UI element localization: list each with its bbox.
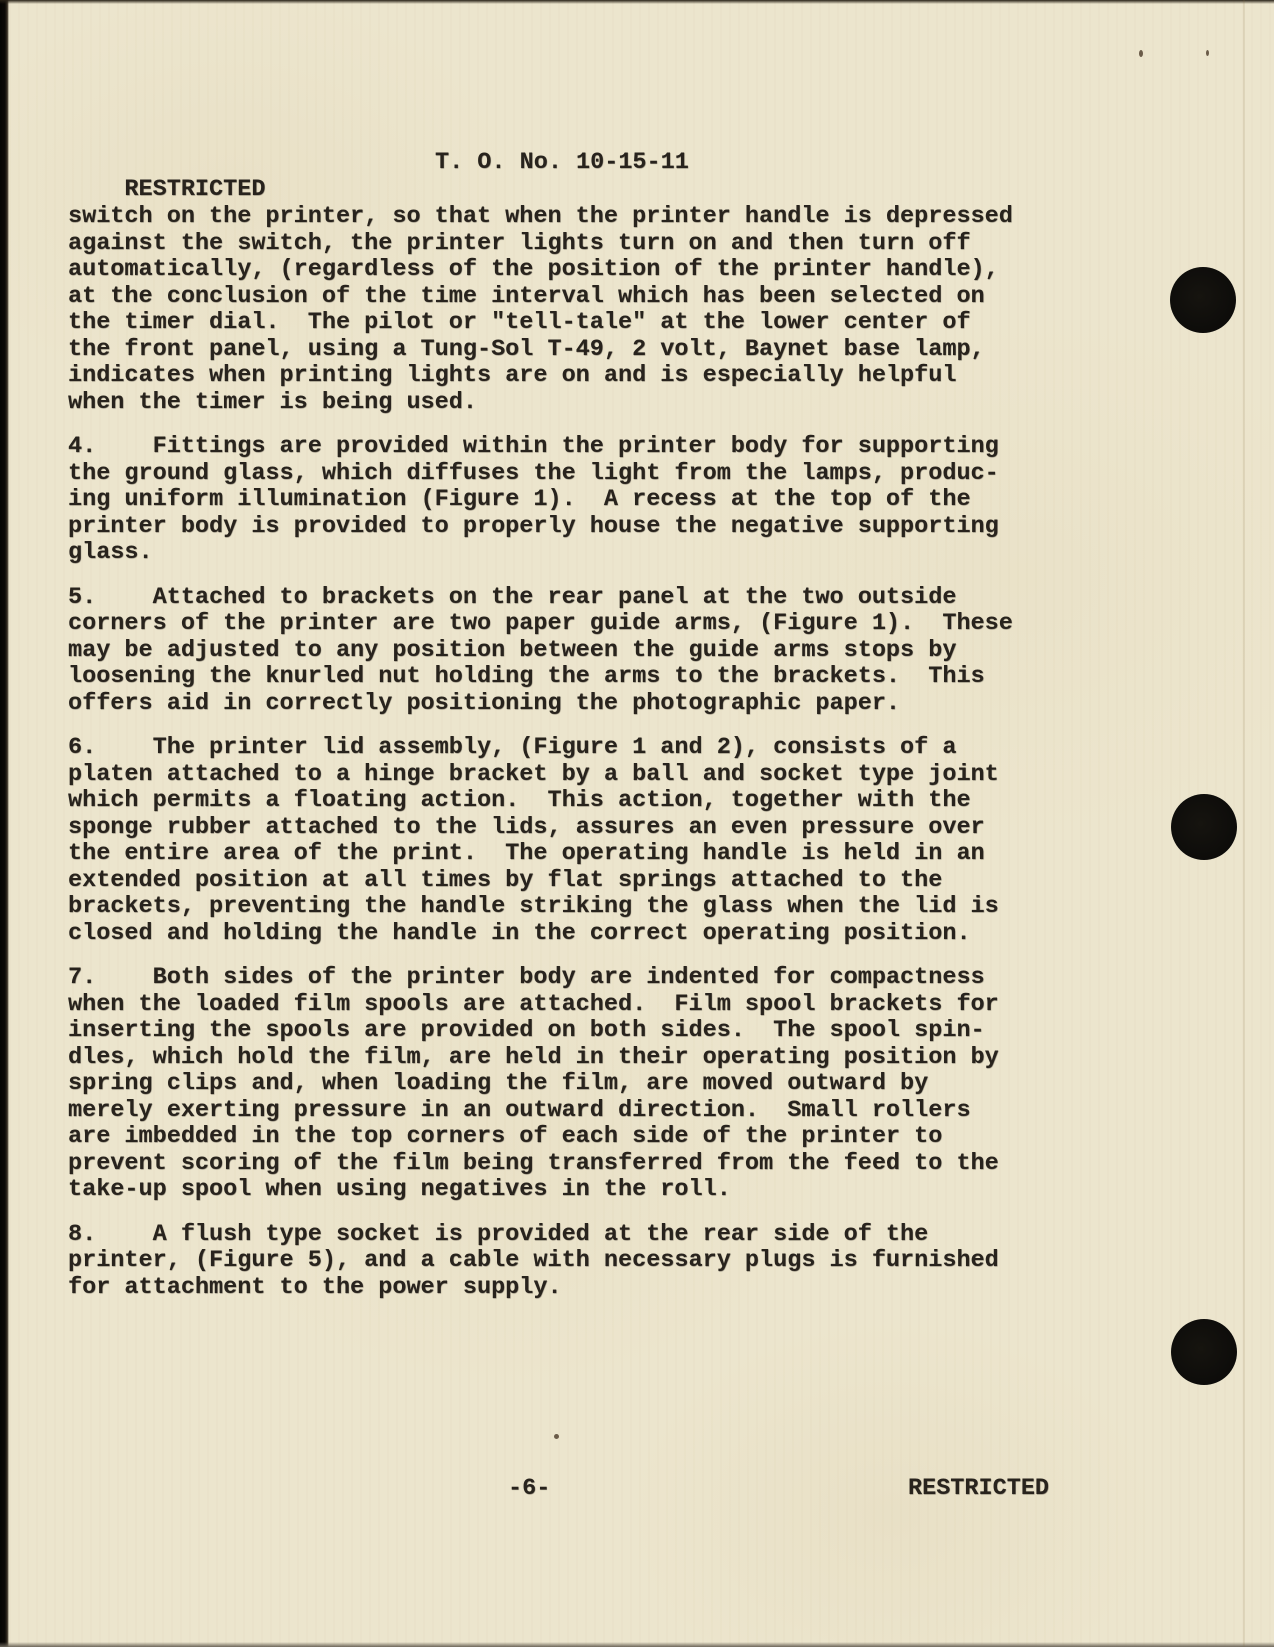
paper-crease [1243, 0, 1245, 1647]
scan-speck [1139, 50, 1143, 57]
footer-classification: RESTRICTED [908, 1476, 1049, 1503]
scanned-document-page: RESTRICTED T. O. No. 10-15-11 switch on … [0, 0, 1274, 1647]
footer-page-number: -6- [508, 1476, 550, 1503]
binding-edge-left [0, 0, 9, 1647]
document-body: switch on the printer, so that when the … [68, 204, 1113, 1319]
header-technical-order-number: T. O. No. 10-15-11 [435, 150, 689, 177]
scan-speck [1206, 50, 1209, 56]
header-classification: RESTRICTED [124, 176, 265, 203]
punch-hole-mark [1170, 267, 1236, 333]
paragraph-7: 7. Both sides of the printer body are in… [68, 965, 1113, 1204]
paragraph-intro: switch on the printer, so that when the … [68, 204, 1113, 416]
paragraph-4: 4. Fittings are provided within the prin… [68, 434, 1113, 567]
scan-edge-top [0, 0, 1274, 4]
scan-edge-bottom [0, 1642, 1274, 1647]
punch-hole-mark [1171, 1319, 1237, 1385]
paragraph-8: 8. A flush type socket is provided at th… [68, 1222, 1113, 1302]
paragraph-5: 5. Attached to brackets on the rear pane… [68, 585, 1113, 718]
scan-speck [554, 1434, 559, 1439]
punch-hole-mark [1171, 794, 1237, 860]
page-footer: -6- RESTRICTED [68, 1476, 1113, 1506]
paragraph-6: 6. The printer lid assembly, (Figure 1 a… [68, 735, 1113, 947]
page-header: RESTRICTED T. O. No. 10-15-11 [68, 150, 1208, 180]
